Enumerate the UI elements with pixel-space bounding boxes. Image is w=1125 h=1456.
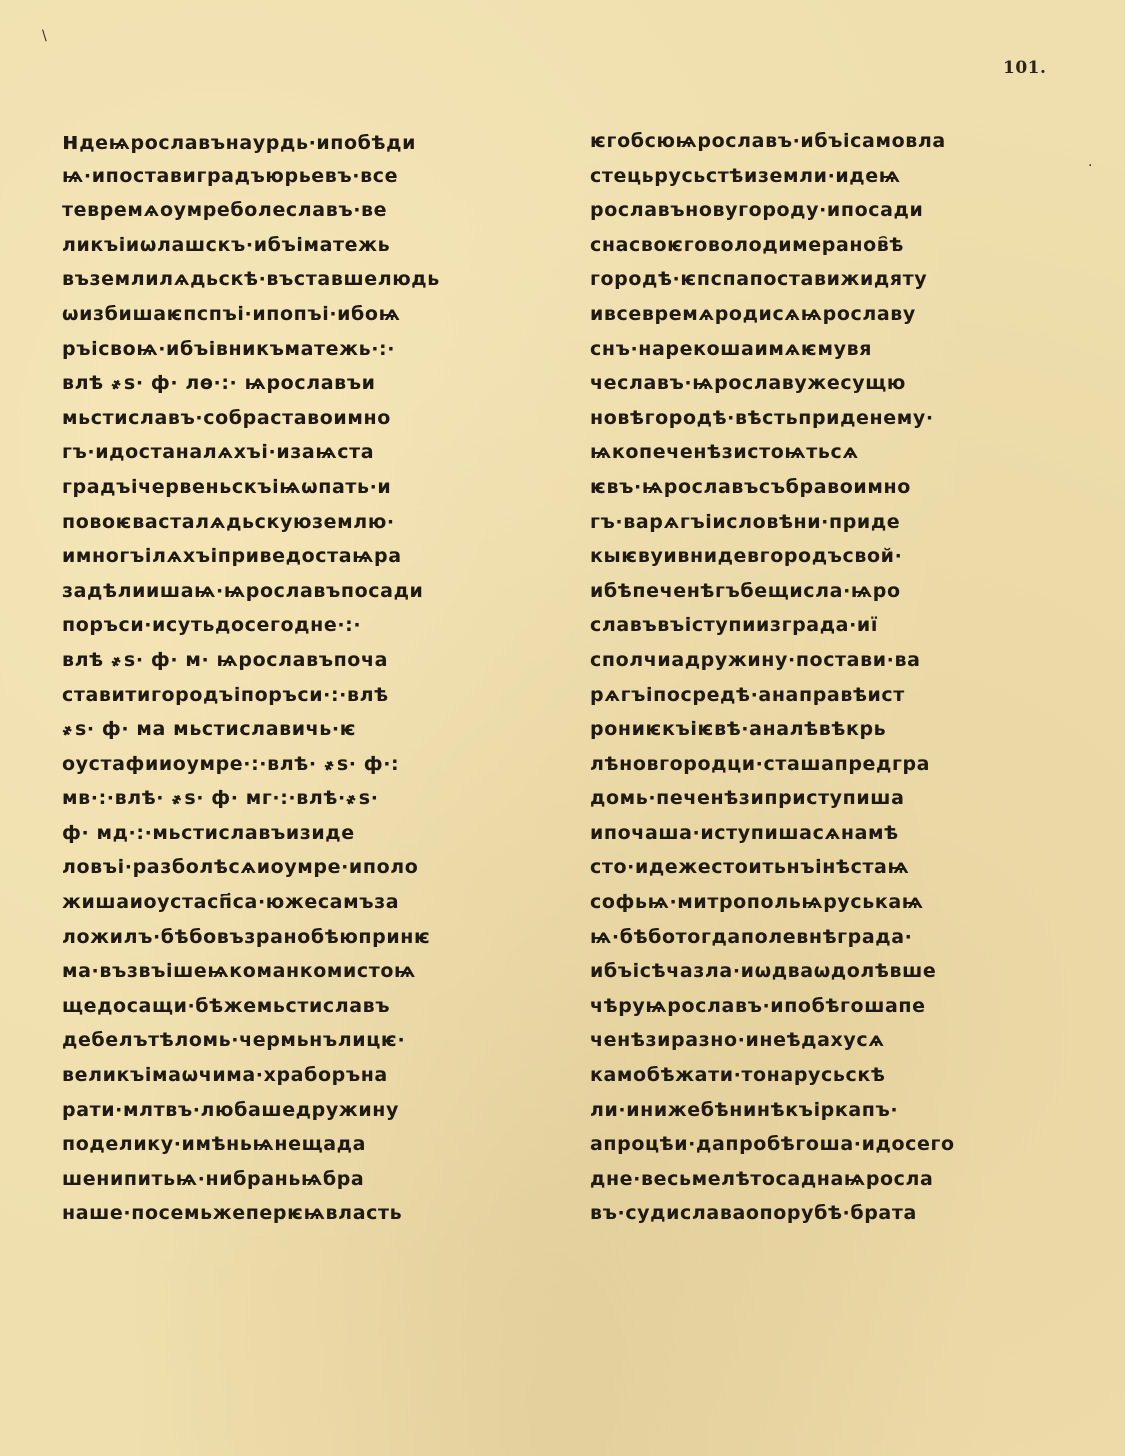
text-line: тевремѧоумреболеславъ·ве bbox=[62, 193, 552, 228]
text-line: ложилъ·бѣбовъзранобѣюпринѥ bbox=[62, 920, 552, 955]
text-line: ма·възвъішеѩкоманкомистоѩ bbox=[62, 954, 552, 989]
text-line: сполчиадружину·постави·ва bbox=[590, 643, 1070, 678]
text-line: въ·судиславаопорубѣ·брата bbox=[590, 1196, 1070, 1231]
text-line: сто·идежестоитьнъінѣстаѩ bbox=[590, 850, 1070, 885]
text-line: рониѥкъіѥвѣ·аналѣвѣкрь bbox=[590, 712, 1070, 747]
text-line: ивсевремѧродисѧѩрославу bbox=[590, 297, 1070, 332]
text-line: софьѩ·митропольѩруськаѩ bbox=[590, 885, 1070, 920]
text-line: градъічервеньскъіѩѡпать·и bbox=[62, 470, 552, 505]
text-line: ѩ·ипоставиградъюрьевъ·все bbox=[62, 159, 552, 194]
text-line: ѥвъ·ѩрославъсъбравоимно bbox=[590, 470, 1070, 505]
left-text-column: Ндеѩрославънаурдь·ипобѣди ѩ·ипоставиград… bbox=[62, 124, 552, 1231]
text-line: рославъновугороду·ипосади bbox=[590, 193, 1070, 228]
right-text-column: ѥгобсюѩрославъ·ибъісамовла стецьрусьстѣи… bbox=[590, 124, 1070, 1231]
text-line: рати·млтвъ·любашедружину bbox=[62, 1093, 552, 1128]
text-line: дебелътѣломь·чермьнълицѥ· bbox=[62, 1023, 552, 1058]
text-line: рѧгъіпосредѣ·анаправѣист bbox=[590, 678, 1070, 713]
text-line: камобѣжати·тонарусьскѣ bbox=[590, 1058, 1070, 1093]
text-line: ѩ·бѣботогдаполевнѣграда· bbox=[590, 920, 1070, 955]
text-line: ф· мд·:·Мьстиславъизиде bbox=[62, 816, 552, 851]
text-line: въземлилѧдьскѣ·въставшелюдь bbox=[62, 262, 552, 297]
text-line: чѣруѩрославъ·ипобѣгошапе bbox=[590, 989, 1070, 1024]
text-line: дне·весьмелѣтосаднаѩросла bbox=[590, 1162, 1070, 1197]
text-line: влѣ ҂ѕ· ф· лѳ·:· Ѩрославъи bbox=[62, 366, 552, 401]
text-line: Ндеѩрославънаурдь·ипобѣди bbox=[62, 124, 552, 159]
text-line: городѣ·ѥпспапоставижидяту bbox=[590, 262, 1070, 297]
text-line: лѣновгородци·сташапредгра bbox=[590, 747, 1070, 782]
text-line: гъ·варѧгъіисловѣни·приде bbox=[590, 505, 1070, 540]
text-line: ченѣзиразно·инеѣдахусѧ bbox=[590, 1023, 1070, 1058]
text-line: щедосащи·бѣжемьстиславъ bbox=[62, 989, 552, 1024]
text-line: оустафииоумре·:·влѣ· ҂ѕ· ф·: bbox=[62, 747, 552, 782]
margin-dot: · bbox=[1088, 158, 1092, 174]
text-line: мв·:·влѣ· ҂ѕ· ф· мг·:·влѣ·҂ѕ· bbox=[62, 781, 552, 816]
text-line: ипочаша·иступишасѧнамѣ bbox=[590, 816, 1070, 851]
text-line: ръісвоѩ·ибъівникъматежь·:· bbox=[62, 332, 552, 367]
text-line: имногъілѧхъіприведостаѩра bbox=[62, 539, 552, 574]
text-line: снасвоѥговолодимеранов҄ѣ bbox=[590, 228, 1070, 263]
text-line: кыѥвуивнидевгородъсвой· bbox=[590, 539, 1070, 574]
text-line: наше·посемьжеперѥѩвласть bbox=[62, 1196, 552, 1231]
text-line: поръси·исутьдосегодне·:· bbox=[62, 608, 552, 643]
text-line: мьстиславъ·собраставоимно bbox=[62, 401, 552, 436]
text-line: жишаиоустасп҃са·южесамъза bbox=[62, 885, 552, 920]
page-number: 101. bbox=[1003, 58, 1046, 78]
text-line: поделику·имѣньѩнещада bbox=[62, 1127, 552, 1162]
text-line: снъ·нарекошаимѧѥмувя bbox=[590, 332, 1070, 367]
text-line: ѥгобсюѩрославъ·ибъісамовла bbox=[590, 124, 1070, 159]
text-line: стецьрусьстѣиземли·идеѩ bbox=[590, 159, 1070, 194]
text-line: домь·печенѣзиприступиша bbox=[590, 781, 1070, 816]
text-line: повоѥвасталѧдьскуюземлю· bbox=[62, 505, 552, 540]
text-line: чеславъ·ѩрославужесущю bbox=[590, 366, 1070, 401]
text-line: славъвъіступиизграда·иї bbox=[590, 608, 1070, 643]
text-line: великъімаѡчима·храборъна bbox=[62, 1058, 552, 1093]
text-line: гъ·идостаналѧхъі·изаѩста bbox=[62, 435, 552, 470]
text-line: ѡизбишаѥпспъі·ипопъі·ибоѩ bbox=[62, 297, 552, 332]
text-line: ли·инижебѣнинѣкъіркапъ· bbox=[590, 1093, 1070, 1128]
text-line: апроцѣи·дапробѣгоша·идосего bbox=[590, 1127, 1070, 1162]
text-line: ҂ѕ· ф· ма Мьстиславичь·ѥ bbox=[62, 712, 552, 747]
text-line: влѣ ҂ѕ· ф· м· Ѩрославъпоча bbox=[62, 643, 552, 678]
text-line: новѣгородѣ·вѣстьприденему· bbox=[590, 401, 1070, 436]
text-line: ибъісѣчазла·иѡдваѡдолѣвше bbox=[590, 954, 1070, 989]
margin-mark: \ bbox=[42, 28, 47, 44]
text-line: ѩкопеченѣзистоѩтьсѧ bbox=[590, 435, 1070, 470]
text-line: ибѣпеченѣгъбещисла·ѩро bbox=[590, 574, 1070, 609]
text-line: задѣлиишаѩ·Ѩрославъпосади bbox=[62, 574, 552, 609]
text-line: ловъі·разболѣсѧиоумре·иполо bbox=[62, 850, 552, 885]
text-line: ставитигородъіпоръси·:·влѣ bbox=[62, 678, 552, 713]
text-line: шенипитьѩ·нибраньѩбра bbox=[62, 1162, 552, 1197]
text-line: ликъіиѡлашскъ·ибъіматежь bbox=[62, 228, 552, 263]
